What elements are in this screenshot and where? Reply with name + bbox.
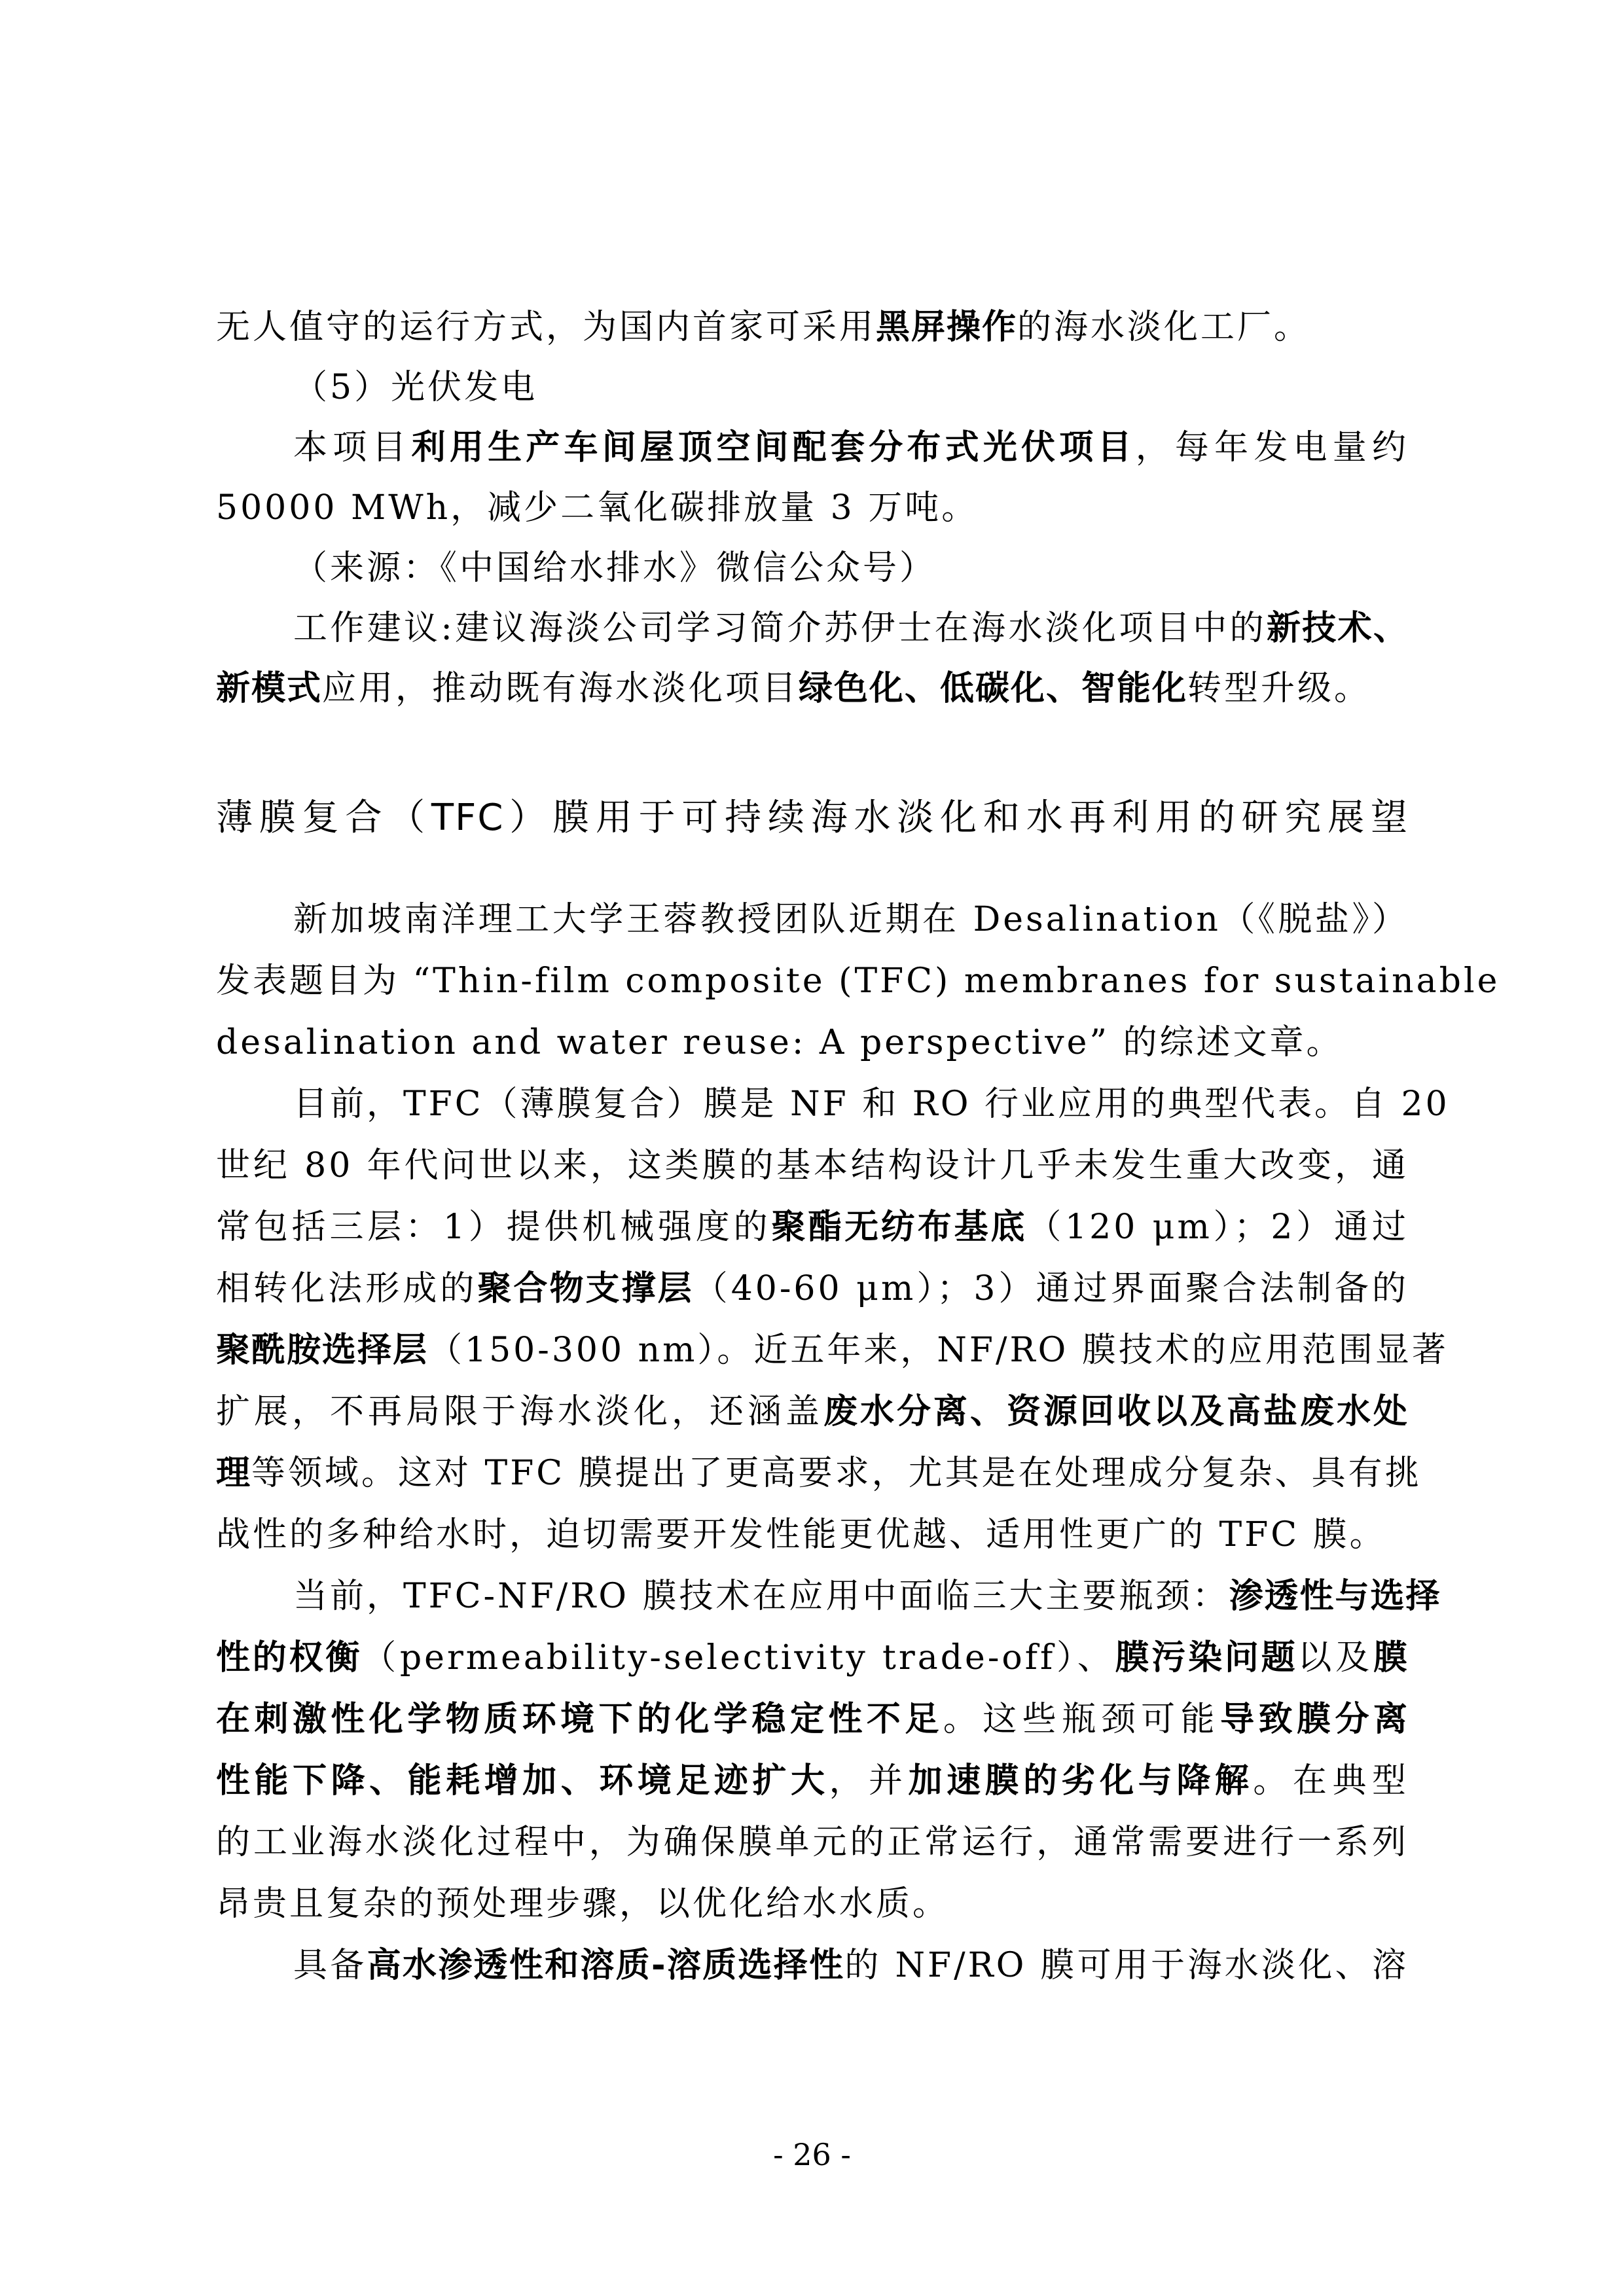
bold-text-span: 新技术、 (1267, 609, 1409, 648)
paragraph-line: 聚酰胺选择层（150-300 nm）。近五年来，NF/RO 膜技术的应用范围显著 (216, 1319, 1409, 1381)
text-span: 转型升级。 (1187, 669, 1371, 708)
document-page: 无人值守的运行方式，为国内首家可采用黑屏操作的海水淡化工厂。 （5）光伏发电 本… (0, 0, 1624, 2296)
bold-text-span: 膜污染问题 (1115, 1638, 1298, 1677)
bold-text-span: 在刺激性化学物质环境下的化学稳定性不足 (216, 1700, 943, 1739)
text-span: （permeability-selectivity trade-off）、 (362, 1638, 1115, 1677)
bold-text-span: 黑屏操作 (876, 308, 1017, 347)
paragraph-line: 当前，TFC-NF/RO 膜技术在应用中面临三大主要瓶颈：渗透性与选择 (293, 1566, 1409, 1627)
paragraph-line: 战性的多种给水时，迫切需要开发性能更优越、适用性更广的 TFC 膜。 (216, 1504, 1409, 1566)
text-span: （40-60 μm）；3）通过界面聚合法制备的 (694, 1269, 1409, 1308)
paragraph-line: 在刺激性化学物质环境下的化学稳定性不足。这些瓶颈可能导致膜分离 (216, 1689, 1409, 1750)
text-span: ，并 (829, 1761, 909, 1801)
bold-text-span: 性能下降、能耗增加、环境足迹扩大 (216, 1761, 829, 1801)
paragraph-line: 发表题目为 “Thin-film composite (TFC) membran… (216, 950, 1409, 1012)
text-span: 具备 (293, 1946, 367, 1985)
paragraph-line: desalination and water reuse: A perspect… (216, 1012, 1409, 1073)
article-title: 薄膜复合（TFC）膜用于可持续海水淡化和水再利用的研究展望 (216, 789, 1409, 848)
text-span: 世纪 80 年代问世以来，这类膜的基本结构设计几乎未发生重大改变，通 (216, 1146, 1409, 1185)
text-span: 扩展，不再局限于海水淡化，还涵盖 (216, 1392, 823, 1431)
page-number: - 26 - (0, 2135, 1624, 2174)
paragraph-line: 常包括三层：1）提供机械强度的聚酯无纺布基底（120 μm）；2）通过 (216, 1196, 1409, 1258)
paragraph-line: 的工业海水淡化过程中，为确保膜单元的正常运行，通常需要进行一系列 (216, 1812, 1409, 1873)
bold-text-span: 利用生产车间屋顶空间配套分布式光伏项目 (412, 428, 1136, 467)
paragraph-line: 性的权衡（permeability-selectivity trade-off）… (216, 1627, 1409, 1689)
text-span: 本项目 (293, 428, 412, 467)
text-span: 以及 (1297, 1638, 1373, 1677)
text-span: 新加坡南洋理工大学王蓉教授团队近期在 Desalination（《脱盐》） (293, 900, 1409, 939)
paragraph-line: 具备高水渗透性和溶质-溶质选择性的 NF/RO 膜可用于海水淡化、溶 (293, 1935, 1409, 1996)
paragraph-line: 性能下降、能耗增加、环境足迹扩大，并加速膜的劣化与降解。在典型 (216, 1750, 1409, 1812)
text-span: 。这些瓶颈可能 (943, 1700, 1220, 1739)
source-note: （来源：《中国给水排水》微信公众号） (293, 537, 1409, 599)
text-span: 等领域。这对 TFC 膜提出了更高要求，尤其是在处理成分复杂、具有挑 (251, 1454, 1422, 1493)
text-span: desalination and water reuse: A perspect… (216, 1023, 1343, 1062)
paragraph-line: 世纪 80 年代问世以来，这类膜的基本结构设计几乎未发生重大改变，通 (216, 1135, 1409, 1196)
bold-text-span: 绿色化、低碳化、智能化 (799, 669, 1187, 708)
text-span: （120 μm）；2）通过 (1027, 1208, 1409, 1247)
text-span: （5）光伏发电 (293, 368, 537, 407)
text-span: 战性的多种给水时，迫切需要开发性能更优越、适用性更广的 TFC 膜。 (216, 1515, 1386, 1554)
bold-text-span: 加速膜的劣化与降解 (909, 1761, 1254, 1801)
bold-text-span: 导致膜分离 (1220, 1700, 1409, 1739)
paragraph-line: 昂贵且复杂的预处理步骤，以优化给水水质。 (216, 1873, 1409, 1935)
paragraph-line: 相转化法形成的聚合物支撑层（40-60 μm）；3）通过界面聚合法制备的 (216, 1258, 1409, 1319)
bold-text-span: 渗透性与选择 (1229, 1577, 1441, 1616)
text-span: 的 NF/RO 膜可用于海水淡化、溶 (844, 1946, 1409, 1985)
text-span: 。在典型 (1253, 1761, 1409, 1801)
paragraph-line: 无人值守的运行方式，为国内首家可采用黑屏操作的海水淡化工厂。 (216, 296, 1409, 358)
text-span: 昂贵且复杂的预处理步骤，以优化给水水质。 (216, 1884, 949, 1924)
bold-text-span: 聚酯无纺布基底 (771, 1208, 1027, 1247)
text-span: 相转化法形成的 (216, 1269, 477, 1308)
text-span: 无人值守的运行方式，为国内首家可采用 (216, 308, 876, 347)
text-span: 的工业海水淡化过程中，为确保膜单元的正常运行，通常需要进行一系列 (216, 1823, 1409, 1862)
paragraph-line: 新加坡南洋理工大学王蓉教授团队近期在 Desalination（《脱盐》） (293, 889, 1409, 950)
work-suggestion-line: 新模式应用，推动既有海水淡化项目绿色化、低碳化、智能化转型升级。 (216, 658, 1409, 719)
bold-text-span: 高水渗透性和溶质-溶质选择性 (367, 1946, 845, 1985)
subsection-heading: （5）光伏发电 (293, 357, 1409, 418)
bold-text-span: 聚酰胺选择层 (216, 1331, 428, 1370)
bold-text-span: 性的权衡 (216, 1638, 362, 1677)
bold-text-span: 新模式 (216, 669, 322, 708)
text-span: 应用，推动既有海水淡化项目 (322, 669, 799, 708)
bold-text-span: 废水分离、资源回收以及高盐废水处 (823, 1392, 1409, 1431)
text-span: 常包括三层：1）提供机械强度的 (216, 1208, 771, 1247)
text-span: ，每年发电量约 (1136, 428, 1409, 467)
text-span: 工作建议:建议海淡公司学习简介苏伊士在海水淡化项目中的 (293, 609, 1267, 648)
text-span: 50000 MWh，减少二氧化碳排放量 3 万吨。 (216, 488, 978, 528)
text-span: （150-300 nm）。近五年来，NF/RO 膜技术的应用范围显著 (428, 1331, 1449, 1370)
bold-text-span: 聚合物支撑层 (477, 1269, 693, 1308)
paragraph-line: 目前，TFC（薄膜复合）膜是 NF 和 RO 行业应用的典型代表。自 20 (293, 1073, 1409, 1135)
text-span: （来源：《中国给水排水》微信公众号） (293, 548, 936, 588)
paragraph-line: 50000 MWh，减少二氧化碳排放量 3 万吨。 (216, 477, 1409, 539)
work-suggestion-line: 工作建议:建议海淡公司学习简介苏伊士在海水淡化项目中的新技术、 (293, 598, 1409, 659)
text-span: 目前，TFC（薄膜复合）膜是 NF 和 RO 行业应用的典型代表。自 20 (293, 1085, 1450, 1124)
text-span: 当前，TFC-NF/RO 膜技术在应用中面临三大主要瓶颈： (293, 1577, 1229, 1616)
paragraph-line: 本项目利用生产车间屋顶空间配套分布式光伏项目，每年发电量约 (293, 417, 1409, 478)
paragraph-line: 扩展，不再局限于海水淡化，还涵盖废水分离、资源回收以及高盐废水处 (216, 1381, 1409, 1443)
text-span: 的海水淡化工厂。 (1017, 308, 1310, 347)
text-span: 发表题目为 “Thin-film composite (TFC) membran… (216, 961, 1500, 1001)
bold-text-span: 理 (216, 1454, 251, 1493)
paragraph-line: 理等领域。这对 TFC 膜提出了更高要求，尤其是在处理成分复杂、具有挑 (216, 1443, 1409, 1504)
bold-text-span: 膜 (1373, 1638, 1409, 1677)
